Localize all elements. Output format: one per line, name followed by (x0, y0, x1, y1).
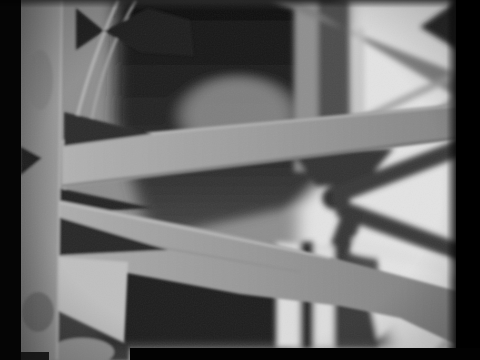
bottom-left-dark-edge (21, 352, 49, 360)
left-film-bar (0, 0, 21, 360)
bottom-film-bar (130, 348, 480, 360)
film-still-canvas (0, 0, 480, 360)
photo-area (20, 0, 468, 360)
top-edge-fade (0, 0, 480, 8)
right-film-bar (456, 0, 480, 360)
vignette-overlay (20, 0, 458, 360)
film-still (0, 0, 480, 360)
